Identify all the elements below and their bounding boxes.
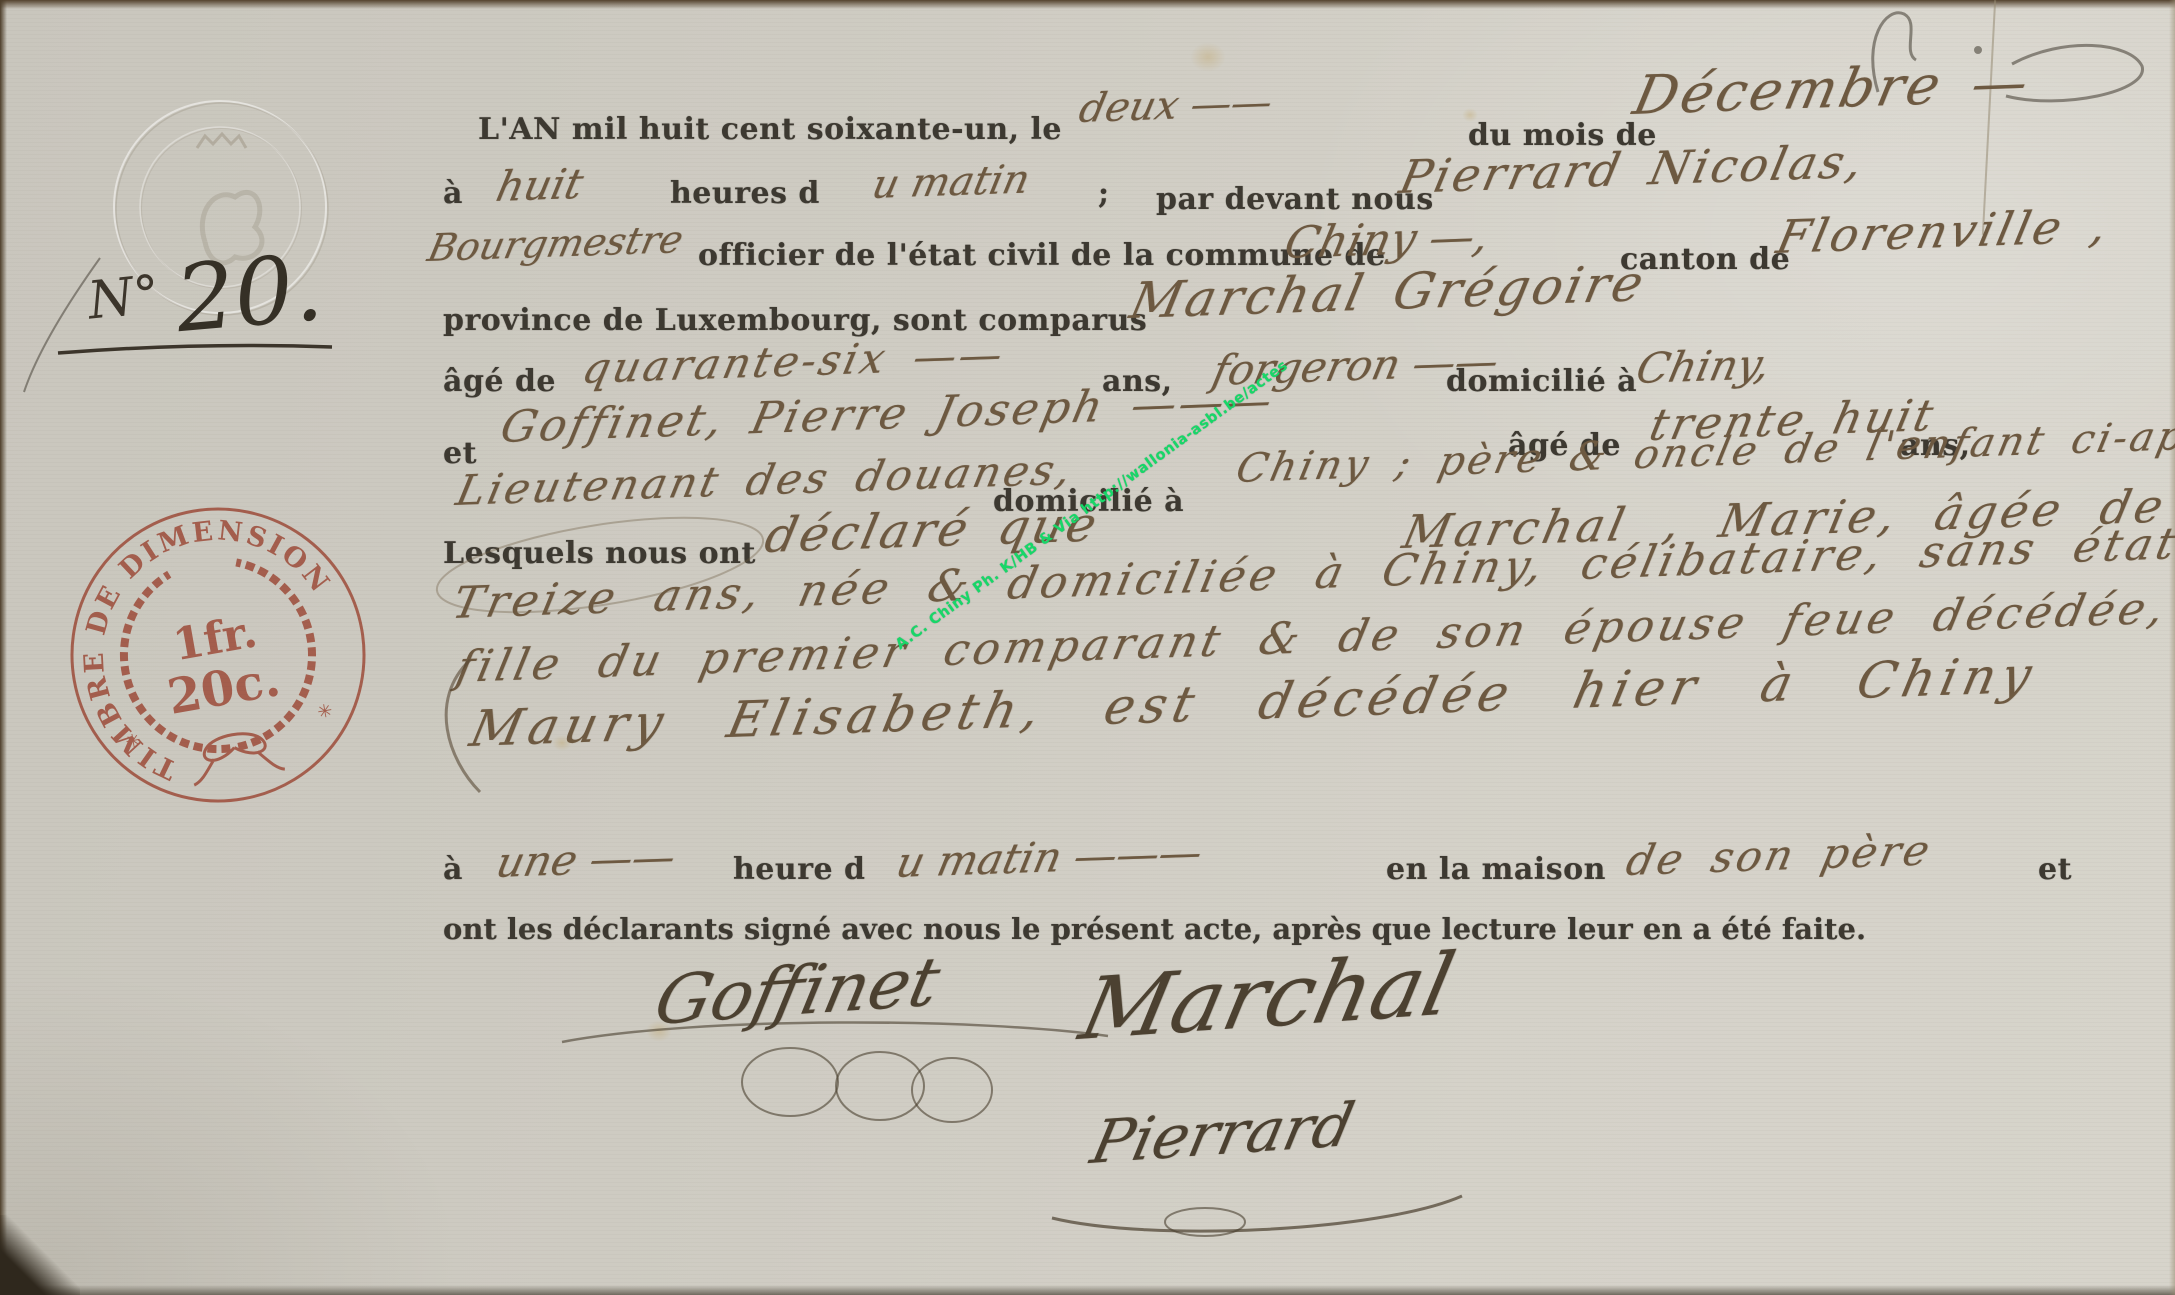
signature-flourish-loop — [912, 1058, 992, 1122]
printed-text: à — [443, 852, 463, 887]
signature-pierrard: Pierrard — [1085, 1090, 1360, 1178]
printed-text: et — [2038, 852, 2072, 887]
handwritten-text: quarante-six —— — [578, 329, 1010, 393]
scanned-document-page: N° 20. TIMBRE DE DIMENSION ✳ ✳ 1fr. 20c.… — [0, 0, 2175, 1295]
printed-text: âgé de — [443, 364, 556, 399]
doc-number-value: 20. — [172, 234, 327, 353]
printed-text: heure d — [733, 852, 866, 887]
printed-text: heures d — [670, 176, 820, 211]
handwritten-text: Bourgmestre — [424, 217, 687, 270]
handwritten-text: une —— — [492, 832, 680, 887]
signature-goffinet: Goffinet — [648, 943, 947, 1041]
printed-text: par devant nous — [1156, 182, 1434, 217]
printed-text: ; — [1098, 176, 1110, 211]
handwritten-text: Pierrard Nicolas, — [1395, 134, 1870, 204]
printed-text: en la maison — [1386, 852, 1606, 887]
doc-number-prefix: N° — [85, 264, 162, 331]
handwritten-text: u matin — [868, 157, 1034, 208]
handwritten-text: u matin ——— — [892, 827, 1207, 887]
pierrard-underline — [1052, 1196, 1462, 1231]
handwritten-text: deux —— — [1075, 79, 1277, 132]
paper-stain — [1190, 42, 1226, 72]
pierrard-underline-loop — [1165, 1208, 1245, 1236]
page-edge-bottom — [0, 1285, 2175, 1295]
handwritten-text: Décembre — — [1628, 50, 2037, 127]
handwritten-text: de son père — [1622, 825, 1937, 885]
page-edge-top — [0, 0, 2175, 9]
signature-flourish-loop — [742, 1048, 838, 1116]
printed-text: Lesquels nous ont — [443, 536, 756, 571]
page-fold-line — [1982, 0, 1996, 235]
page-corner-bottom-left — [0, 1215, 80, 1295]
printed-text: domicilié à — [1446, 364, 1637, 399]
printed-text: province de Luxembourg, sont comparus — [443, 303, 1147, 338]
signature-marchal: Marchal — [1072, 935, 1463, 1060]
stamp-ornament-right: ✳ — [316, 700, 335, 723]
printed-text: à — [443, 176, 463, 211]
printed-text: L'AN mil huit cent soixante-un, le — [478, 112, 1062, 147]
fiscal-stamp: TIMBRE DE DIMENSION ✳ ✳ 1fr. 20c. — [44, 481, 392, 829]
page-edge-right — [2169, 0, 2175, 1295]
page-edge-left — [0, 0, 7, 1295]
printed-text: ont les déclarants signé avec nous le pr… — [443, 912, 1866, 946]
signature-flourish-loop — [836, 1052, 924, 1120]
handwritten-text: huit — [492, 159, 588, 211]
handwritten-text: Florenville , — [1772, 199, 2115, 264]
handwritten-text: Chiny, — [1632, 339, 1775, 393]
seal-crown — [197, 134, 246, 148]
